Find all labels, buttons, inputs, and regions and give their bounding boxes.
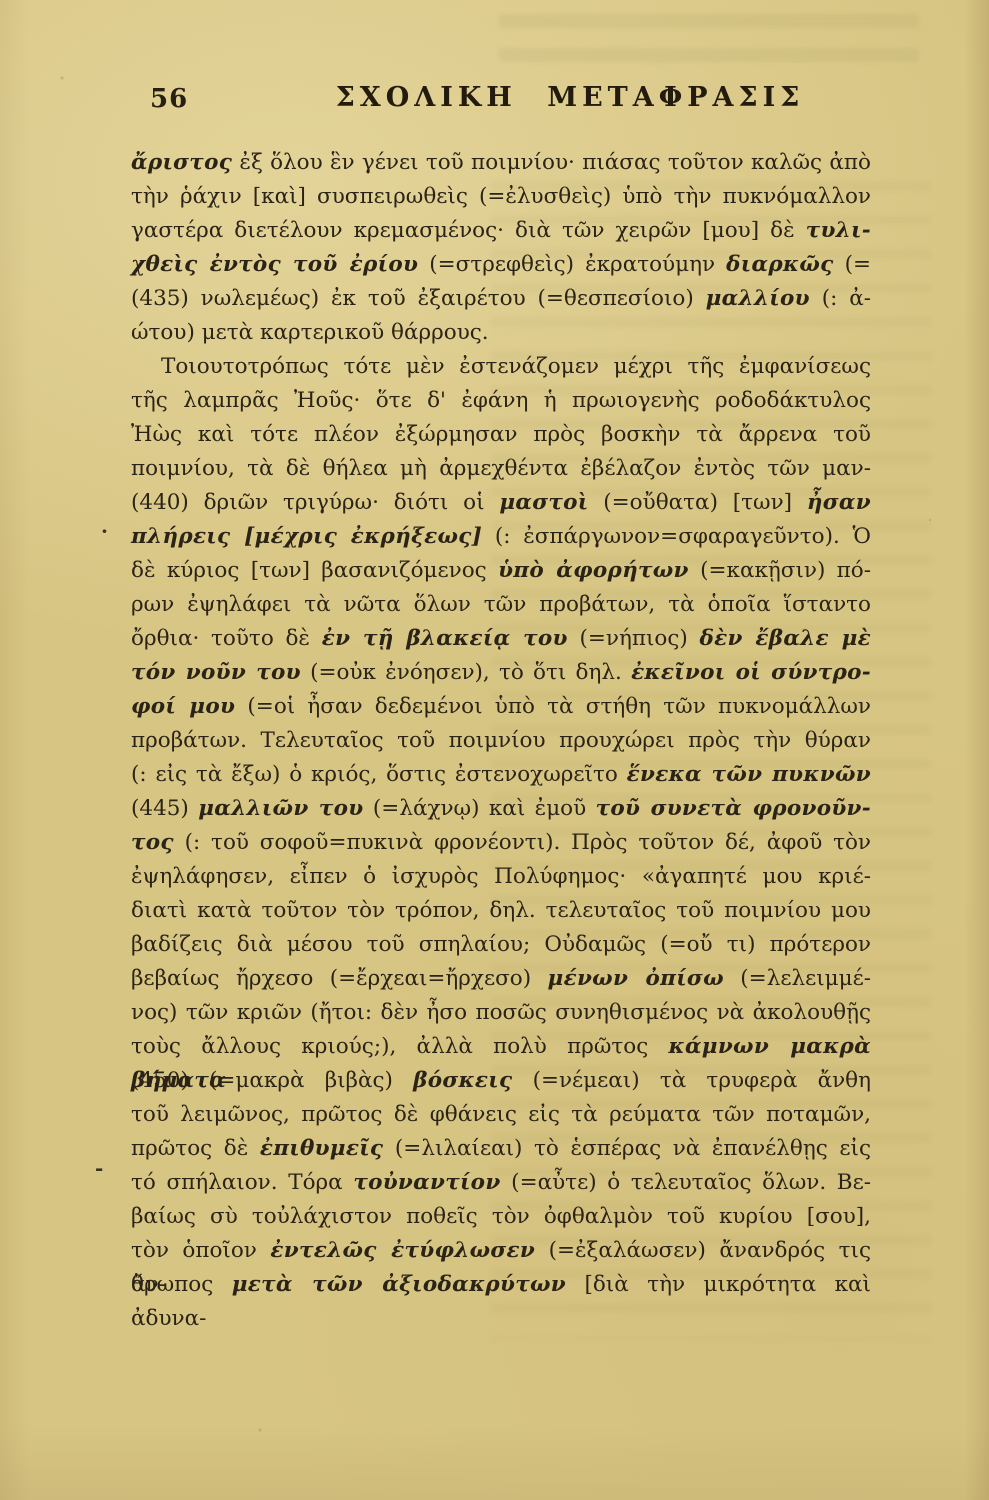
text-segment: (=αὖτε) ὁ τελευταῖος ὅλων. Βε- [501,1170,871,1195]
running-header-title: ΣΧΟΛΙΚΗ ΜΕΤΑΦΡΑΣΙΣ [200,82,940,113]
text-segment: γαστέρα διετέλουν κρεμασμένος· διὰ τῶν χ… [131,218,806,243]
lemma-emphasis-text: πλήρεις [μέχρις ἐκρήξεως] [131,524,482,549]
text-segment: (=λιλαίεαι) τὸ ἑσπέρας νὰ ἐπανέλθῃς εἰς [383,1136,871,1161]
text-segment: (=οὐκ ἐνόησεν), τὸ ὅτι δηλ. [301,660,631,685]
text-segment: τοὺς ἄλλους κριούς;), ἀλλὰ πολὺ πρῶτος [131,1034,669,1059]
text-segment: (445) [131,796,198,821]
ink-bleed-through-top [499,14,919,72]
text-line: βαίως σὺ τοὐλάχιστον ποθεῖς τὸν ὀφθαλμὸν… [131,1200,871,1234]
text-line: τό σπήλαιον. Τόρα τοὐναντίον (=αὖτε) ὁ τ… [131,1166,871,1200]
lemma-emphasis-text: μαστοὶ [499,490,588,515]
lemma-emphasis-text: ἐντελῶς ἐτύφλωσεν [270,1238,535,1263]
text-line: θρωπος μετὰ τῶν ἀξιοδακρύτων [διὰ τὴν μι… [131,1268,871,1302]
text-segment: Ἠὼς καὶ τότε πλέον ἐξώρμησαν πρὸς βοσκὴν… [131,422,871,447]
text-line: (440) δριῶν τριγύρω· διότι οἱ μαστοὶ (=ο… [131,486,871,520]
text-segment: ἐψηλάφησεν, εἶπεν ὁ ἰσχυρὸς Πολύφημος· «… [131,864,871,889]
text-segment: βεβαίως ἤρχεσο (=ἔρχεαι=ἤρχεσο) [131,966,548,991]
text-segment: νος) τῶν κριῶν (ἤτοι: δὲν ἦσο ποσῶς συνη… [131,1000,871,1025]
text-segment: τὴν ῥάχιν [καὶ] συσπειρωθεὶς (=ἐλυσθεὶς)… [131,184,871,209]
lemma-emphasis-text: μένων ὀπίσω [548,966,724,991]
text-segment: διατὶ κατὰ τοῦτον τὸν τρόπον, δηλ. τελευ… [131,898,871,923]
text-segment: (=νήπιος) [568,626,700,651]
text-line: τὴν ῥάχιν [καὶ] συσπειρωθεὶς (=ἐλυσθεὶς)… [131,180,871,214]
lemma-emphasis-text: ἦσαν [807,490,871,515]
margin-mark: - [95,1158,103,1178]
text-segment: (: ἀ- [810,286,871,311]
text-segment: τοῦ λειμῶνος, πρῶτος δὲ φθάνεις εἰς τὰ ρ… [131,1102,871,1127]
text-line: ποιμνίου, τὰ δὲ θήλεα μὴ ἀρμεχθέντα ἐβέλ… [131,452,871,486]
lemma-emphasis-text: βόσκεις [413,1068,512,1093]
text-segment: θρωπος [131,1272,232,1297]
text-line: βεβαίως ἤρχεσο (=ἔρχεαι=ἤρχεσο) μένων ὀπ… [131,962,871,996]
text-line: χθεὶς ἐντὸς τοῦ ἐρίου (=στρεφθεὶς) ἐκρατ… [131,248,871,282]
lemma-emphasis-text: τυλι- [806,218,871,243]
text-segment: ρων ἐψηλάφει τὰ νῶτα ὅλων τῶν προβάτων, … [131,592,871,617]
text-line: τοὺς ἄλλους κριούς;), ἀλλὰ πολὺ πρῶτος κ… [131,1030,871,1064]
text-line: (: εἰς τὰ ἔξω) ὁ κριός, ὅστις ἐστενοχωρε… [131,758,871,792]
text-segment: (=οἱ ἦσαν δεδεμένοι ὑπὸ τὰ στήθη τῶν πυκ… [235,694,871,719]
text-segment: (435) νωλεμέως) ἐκ τοῦ ἐξαιρέτου (=θεσπε… [131,286,706,311]
text-segment: τὸν ὁποῖον [131,1238,270,1263]
scanned-book-page: 56 ΣΧΟΛΙΚΗ ΜΕΤΑΦΡΑΣΙΣ ἄριστος ἐξ ὅλου ἓν… [0,0,989,1500]
text-block: ἄριστος ἐξ ὅλου ἓν γένει τοῦ ποιμνίου· π… [131,146,871,1302]
text-line: δὲ κύριος [των] βασανιζόμενος ὑπὸ ἀφορήτ… [131,554,871,588]
text-line: τόν νοῦν του (=οὐκ ἐνόησεν), τὸ ὅτι δηλ.… [131,656,871,690]
text-segment: (=λελειμμέ- [724,966,871,991]
text-line: (450) (=μακρὰ βιβὰς) βόσκεις (=νέμεαι) τ… [131,1064,871,1098]
text-segment: (450) (=μακρὰ βιβὰς) [131,1068,413,1093]
text-segment: (=στρεφθεὶς) ἐκρατούμην [418,252,726,277]
text-line: ἄριστος ἐξ ὅλου ἓν γένει τοῦ ποιμνίου· π… [131,146,871,180]
text-segment: προβάτων. Τελευταῖος τοῦ ποιμνίου προυχώ… [131,728,871,753]
text-segment: δὲ κύριος [των] βασανιζόμενος [131,558,498,583]
lemma-emphasis-text: χθεὶς ἐντὸς τοῦ ἐρίου [131,252,418,277]
lemma-emphasis-text: τόν νοῦν του [131,660,301,685]
text-line: (445) μαλλιῶν του (=λάχνῳ) καὶ ἐμοῦ τοῦ … [131,792,871,826]
text-segment: (=λάχνῳ) καὶ ἐμοῦ [364,796,596,821]
text-segment: (440) δριῶν τριγύρω· διότι οἱ [131,490,499,515]
paragraph: Τοιουτοτρόπως τότε μὲν ἐστενάζομεν μέχρι… [131,350,871,1302]
text-line: τῆς λαμπρᾶς Ἠοῦς· ὅτε δ' ἐφάνη ἡ πρωιογε… [131,384,871,418]
lemma-emphasis-text: τοὐναντίον [353,1170,500,1195]
lemma-emphasis-text: ἕνεκα τῶν πυκνῶν [627,762,871,787]
lemma-emphasis-text: δὲν ἔβαλε μὲ [699,626,871,651]
lemma-emphasis-text: ἐν τῇ βλακείᾳ του [322,626,568,651]
text-line: πρῶτος δὲ ἐπιθυμεῖς (=λιλαίεαι) τὸ ἑσπέρ… [131,1132,871,1166]
text-segment: τῆς λαμπρᾶς Ἠοῦς· ὅτε δ' ἐφάνη ἡ πρωιογε… [131,388,871,413]
text-line: φοί μου (=οἱ ἦσαν δεδεμένοι ὑπὸ τὰ στήθη… [131,690,871,724]
text-line: Τοιουτοτρόπως τότε μὲν ἐστενάζομεν μέχρι… [131,350,871,384]
text-line: διατὶ κατὰ τοῦτον τὸν τρόπον, δηλ. τελευ… [131,894,871,928]
lemma-emphasis-text: μαλλιῶν του [198,796,363,821]
text-line: τος (: τοῦ σοφοῦ=πυκινὰ φρονέοντι). Πρὸς… [131,826,871,860]
text-segment: (: εἰς τὰ ἔξω) ὁ κριός, ὅστις ἐστενοχωρε… [131,762,627,787]
text-line: πλήρεις [μέχρις ἐκρήξεως] (: ἐσπάργωνον=… [131,520,871,554]
text-line: βαδίζεις διὰ μέσου τοῦ σπηλαίου; Οὐδαμῶς… [131,928,871,962]
text-segment: ὄρθια· τοῦτο δὲ [131,626,322,651]
text-line: τοῦ λειμῶνος, πρῶτος δὲ φθάνεις εἰς τὰ ρ… [131,1098,871,1132]
text-segment: πρῶτος δὲ [131,1136,260,1161]
text-segment: (=νέμεαι) τὰ τρυφερὰ ἄνθη [512,1068,871,1093]
text-segment: βαίως σὺ τοὐλάχιστον ποθεῖς τὸν ὀφθαλμὸν… [131,1204,871,1229]
lemma-emphasis-text: διαρκῶς [726,252,833,277]
text-segment: βαδίζεις διὰ μέσου τοῦ σπηλαίου; Οὐδαμῶς… [131,932,871,957]
text-line: ὄρθια· τοῦτο δὲ ἐν τῇ βλακείᾳ του (=νήπι… [131,622,871,656]
lemma-emphasis-text: ἐπιθυμεῖς [260,1136,383,1161]
lemma-emphasis-text: ὑπὸ ἀφορήτων [498,558,689,583]
text-segment: (=οὔθατα) [των] [588,490,806,515]
page-number: 56 [150,84,188,114]
text-line: γαστέρα διετέλουν κρεμασμένος· διὰ τῶν χ… [131,214,871,248]
text-segment: ώτου) μετὰ καρτερικοῦ θάρρους. [131,320,489,345]
text-segment: ποιμνίου, τὰ δὲ θήλεα μὴ ἀρμεχθέντα ἐβέλ… [131,456,871,481]
text-segment: (= [834,252,871,277]
lemma-emphasis-text: ἐκεῖνοι οἱ σύντρο- [631,660,871,685]
lemma-emphasis-text: ἄριστος [131,150,232,175]
text-segment: τό σπήλαιον. Τόρα [131,1170,353,1195]
text-segment: Τοιουτοτρόπως τότε μὲν ἐστενάζομεν μέχρι… [161,354,871,379]
text-line: προβάτων. Τελευταῖος τοῦ ποιμνίου προυχώ… [131,724,871,758]
paragraph: ἄριστος ἐξ ὅλου ἓν γένει τοῦ ποιμνίου· π… [131,146,871,350]
lemma-emphasis-text: τοῦ συνετὰ φρονοῦν- [596,796,871,821]
text-line: ρων ἐψηλάφει τὰ νῶτα ὅλων τῶν προβάτων, … [131,588,871,622]
margin-mark: · [101,521,108,541]
text-segment: (: τοῦ σοφοῦ=πυκινὰ φρονέοντι). Πρὸς τοῦ… [174,830,871,855]
text-line: τὸν ὁποῖον ἐντελῶς ἐτύφλωσεν (=ἐξαλάωσεν… [131,1234,871,1268]
text-line: ἐψηλάφησεν, εἶπεν ὁ ἰσχυρὸς Πολύφημος· «… [131,860,871,894]
lemma-emphasis-text: τος [131,830,174,855]
text-segment: (: ἐσπάργωνον=σφαραγεῦντο). Ὁ [482,524,871,549]
lemma-emphasis-text: φοί μου [131,694,235,719]
text-line: (435) νωλεμέως) ἐκ τοῦ ἐξαιρέτου (=θεσπε… [131,282,871,316]
text-segment: (=κακῇσιν) πό- [689,558,871,583]
text-line: Ἠὼς καὶ τότε πλέον ἐξώρμησαν πρὸς βοσκὴν… [131,418,871,452]
text-segment: ἐξ ὅλου ἓν γένει τοῦ ποιμνίου· πιάσας το… [232,150,871,175]
lemma-emphasis-text: μετὰ τῶν ἀξιοδακρύτων [232,1272,566,1297]
text-line: ώτου) μετὰ καρτερικοῦ θάρρους. [131,316,871,350]
lemma-emphasis-text: μαλλίου [706,286,810,311]
text-line: νος) τῶν κριῶν (ἤτοι: δὲν ἦσο ποσῶς συνη… [131,996,871,1030]
